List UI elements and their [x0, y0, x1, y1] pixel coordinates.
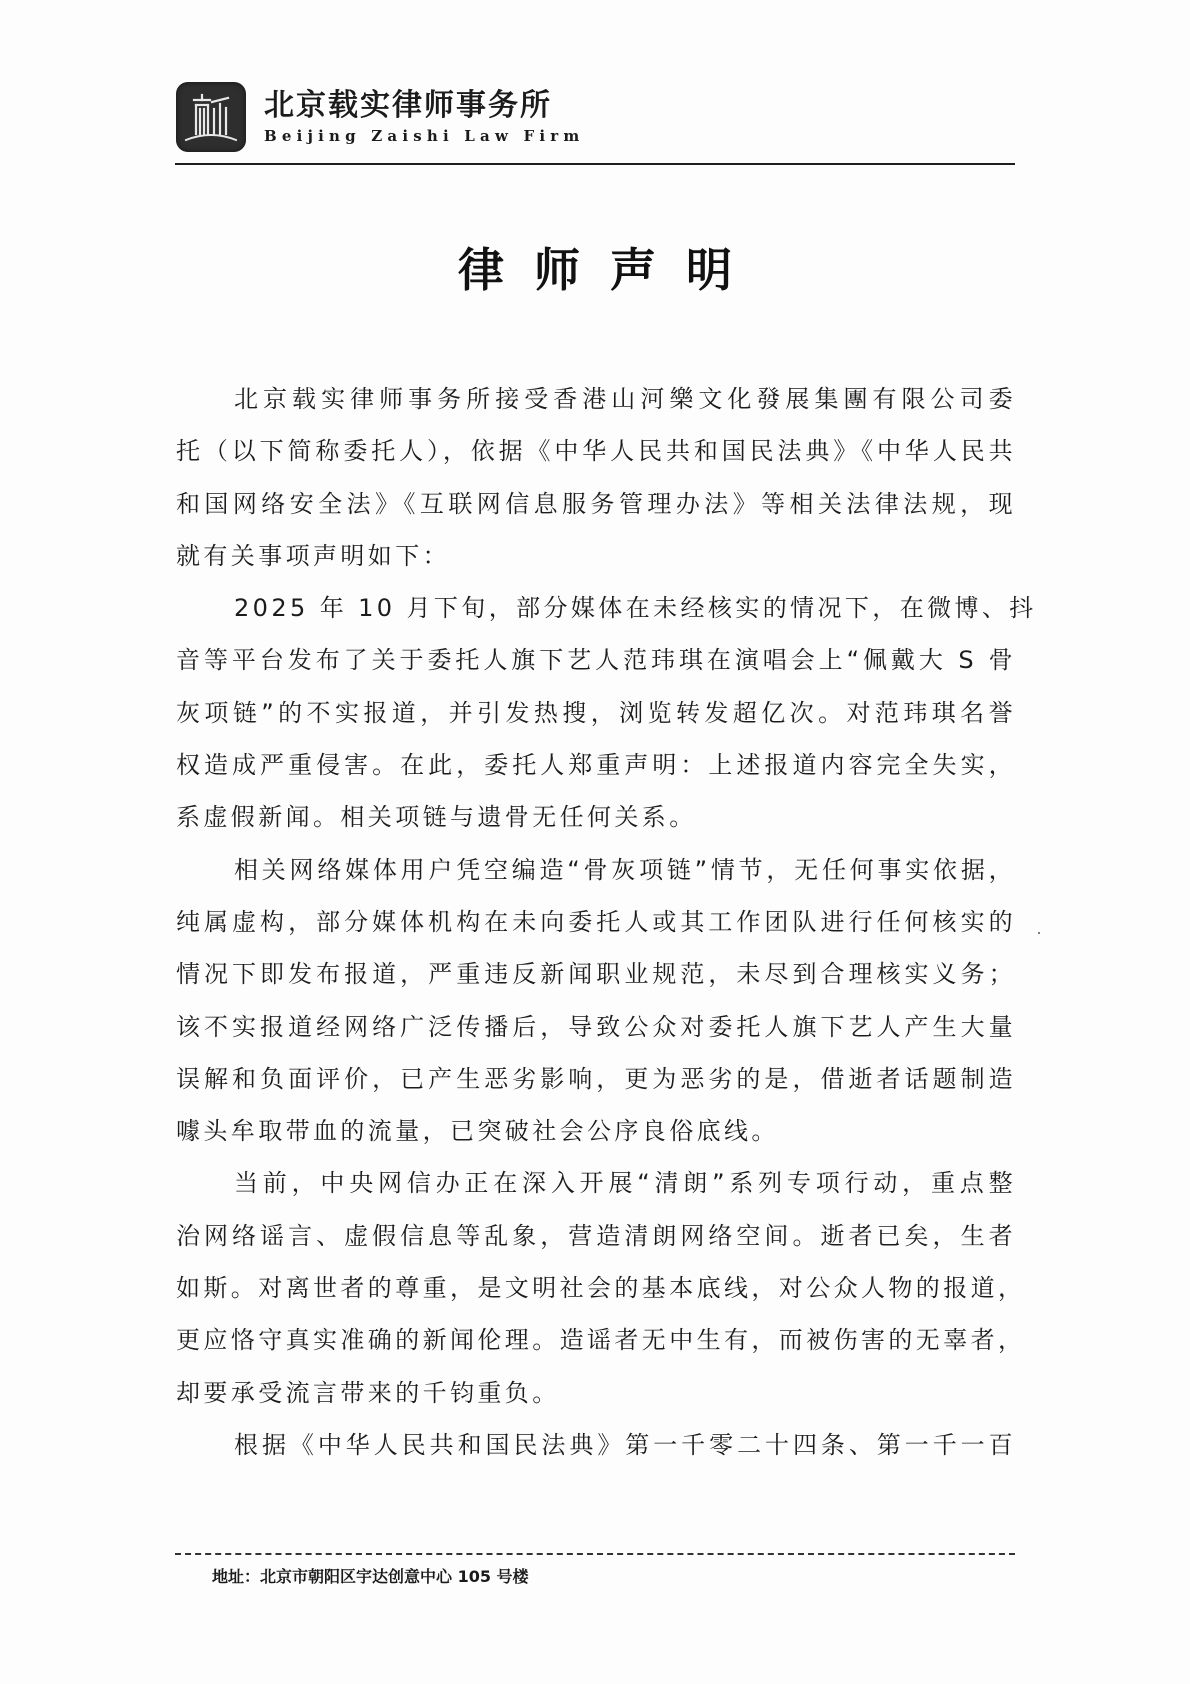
firm-name-english: Beijing Zaishi Law Firm — [264, 126, 584, 146]
body-line: 如斯。对离世者的尊重，是文明社会的基本底线，对公众人物的报道， — [176, 1262, 1016, 1314]
footer-dashed-divider — [175, 1553, 1015, 1555]
body-line: 治网络谣言、虚假信息等乱象，营造清朗网络空间。逝者已矣，生者 — [176, 1210, 1016, 1262]
body-line: 相关网络媒体用户凭空编造“骨灰项链”情节，无任何事实依据， — [176, 844, 1016, 896]
body-line: 权造成严重侵害。在此，委托人郑重声明：上述报道内容完全失实， — [176, 739, 1016, 791]
body-line: 和国网络安全法》《互联网信息服务管理办法》等相关法律法规，现 — [176, 478, 1016, 530]
body-line: 噱头牟取带血的流量，已突破社会公序良俗底线。 — [176, 1105, 1016, 1157]
body-line: 系虚假新闻。相关项链与遗骨无任何关系。 — [176, 791, 1016, 843]
document-page: 北京载实律师事务所 Beijing Zaishi Law Firm 律师声明 北… — [0, 0, 1190, 1684]
law-firm-pillar-logo-icon — [176, 82, 246, 152]
body-line: 北京载实律师事务所接受香港山河樂文化發展集團有限公司委 — [176, 373, 1016, 425]
statement-body: 北京载实律师事务所接受香港山河樂文化發展集團有限公司委 托（以下简称委托人），依… — [176, 373, 1016, 1471]
letterhead: 北京载实律师事务所 Beijing Zaishi Law Firm — [176, 80, 584, 154]
body-line: 该不实报道经网络广泛传播后，导致公众对委托人旗下艺人产生大量 — [176, 1001, 1016, 1053]
paragraph-2: 2025 年 10 月下旬，部分媒体在未经核实的情况下，在微博、抖 音等平台发布… — [176, 582, 1016, 843]
body-line: 当前，中央网信办正在深入开展“清朗”系列专项行动，重点整 — [176, 1157, 1016, 1209]
header-divider — [175, 163, 1015, 165]
paragraph-5: 根据《中华人民共和国民法典》第一千零二十四条、第一千一百 — [176, 1419, 1016, 1471]
body-line: 根据《中华人民共和国民法典》第一千零二十四条、第一千一百 — [176, 1419, 1016, 1471]
document-title: 律师声明 — [0, 240, 1190, 300]
paragraph-3: 相关网络媒体用户凭空编造“骨灰项链”情节，无任何事实依据， 纯属虚构，部分媒体机… — [176, 844, 1016, 1158]
firm-names: 北京载实律师事务所 Beijing Zaishi Law Firm — [264, 89, 584, 146]
body-line: 音等平台发布了关于委托人旗下艺人范玮琪在演唱会上“佩戴大 S 骨 — [176, 634, 1016, 686]
body-line: 托（以下简称委托人），依据《中华人民共和国民法典》《中华人民共 — [176, 425, 1016, 477]
firm-name-chinese: 北京载实律师事务所 — [264, 89, 584, 123]
body-line: 误解和负面评价，已产生恶劣影响，更为恶劣的是，借逝者话题制造 — [176, 1053, 1016, 1105]
scan-artifact-dot — [1038, 932, 1040, 934]
body-line: 更应恪守真实准确的新闻伦理。造谣者无中生有，而被伤害的无辜者， — [176, 1314, 1016, 1366]
body-line: 却要承受流言带来的千钧重负。 — [176, 1367, 1016, 1419]
body-line: 情况下即发布报道，严重违反新闻职业规范，未尽到合理核实义务； — [176, 948, 1016, 1000]
body-line: 灰项链”的不实报道，并引发热搜，浏览转发超亿次。对范玮琪名誉 — [176, 687, 1016, 739]
paragraph-1: 北京载实律师事务所接受香港山河樂文化發展集團有限公司委 托（以下简称委托人），依… — [176, 373, 1016, 582]
firm-address: 地址：北京市朝阳区宇达创意中心 105 号楼 — [212, 1566, 529, 1588]
body-line: 纯属虚构，部分媒体机构在未向委托人或其工作团队进行任何核实的 — [176, 896, 1016, 948]
body-line: 就有关事项声明如下： — [176, 530, 1016, 582]
paragraph-4: 当前，中央网信办正在深入开展“清朗”系列专项行动，重点整 治网络谣言、虚假信息等… — [176, 1157, 1016, 1418]
body-line: 2025 年 10 月下旬，部分媒体在未经核实的情况下，在微博、抖 — [176, 582, 1016, 634]
